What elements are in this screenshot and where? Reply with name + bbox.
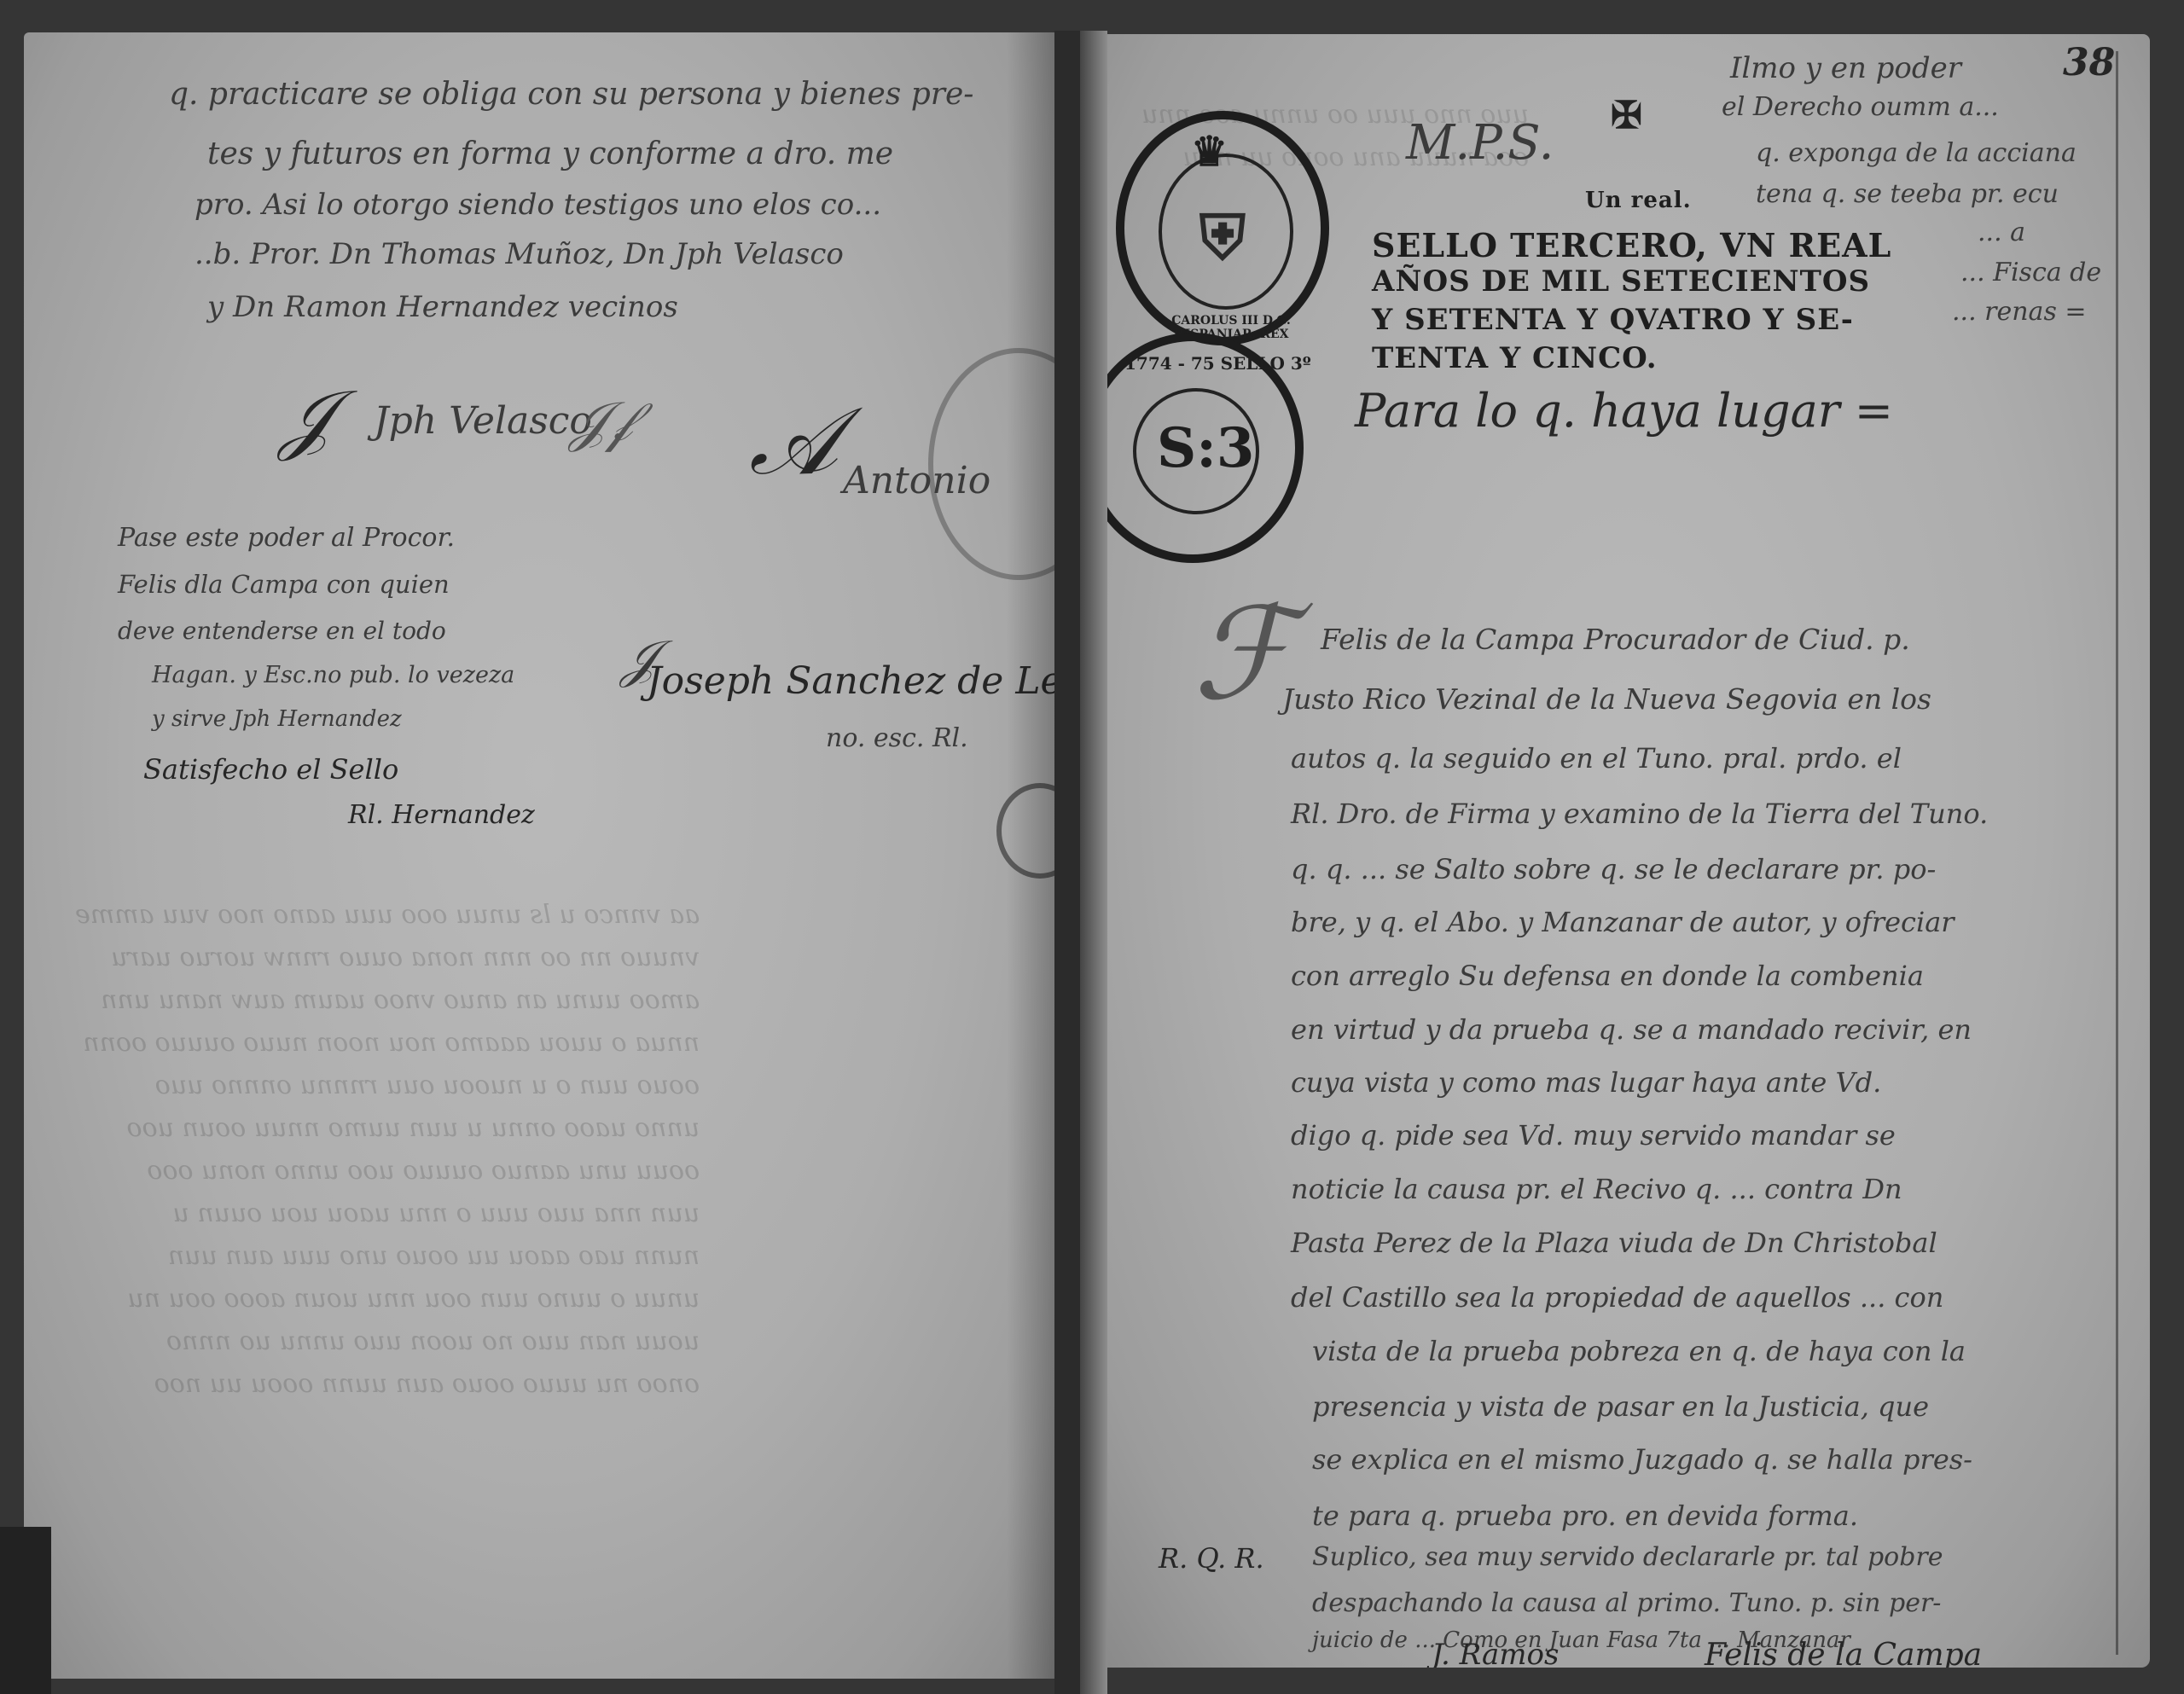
spine-shadow: [1007, 32, 1054, 1679]
stamp-line-1: SELLO TERCERO, VN REAL: [1372, 226, 1891, 264]
body-line-15: presencia y vista de pasar en la Justici…: [1312, 1390, 1929, 1423]
body-line-6: bre, y q. el Abo. y Manzanar de autor, y…: [1291, 906, 1955, 938]
top-note-line-6: ... Fisca de: [1960, 258, 2101, 287]
signature-rubric: 𝒥𝒻: [570, 391, 632, 454]
body-line-10: digo q. pide sea Vd. muy servido mandar …: [1291, 1119, 1896, 1152]
book-gutter: [1054, 31, 1080, 1694]
stamp-line-3: Y SETENTA Y QVATRO Y SE-: [1372, 303, 1854, 337]
margin-note-line-3: deve entenderse en el todo: [118, 617, 446, 645]
royal-seal: ♛ ⛨ CAROLUS III D.G. HISPANIAR. REX: [1116, 111, 1329, 345]
body-line-17: te para q. prueba pro. en devida forma.: [1312, 1500, 1858, 1532]
signature-antonio: Antonio: [843, 459, 990, 502]
binding-edge: [0, 1527, 51, 1694]
body-line-4: Rl. Dro. de Firma y examino de la Tierra…: [1291, 798, 1988, 830]
margin-note-line-7: Rl. Hernandez: [348, 800, 535, 830]
notary-note: no. esc. Rl.: [826, 723, 968, 753]
signature-velasco: Jph Velasco: [374, 399, 592, 443]
closing-abbr: R. Q. R.: [1159, 1542, 1264, 1575]
bleed-through-text: aa vnnco u ls unuu ooo uuu aano noo vuu …: [75, 894, 700, 1406]
signature-ramos: J. Ramos: [1432, 1638, 1559, 1668]
body-line-11: noticie la causa pr. el Recivo q. ... co…: [1291, 1173, 1902, 1205]
stamp-line-4: TENTA Y CINCO.: [1372, 341, 1658, 375]
left-page: aa vnnco u ls unuu ooo uuu aano noo vuu …: [24, 32, 1058, 1679]
body-line-1: Felis de la Campa Procurador de Ciud. p.: [1321, 623, 1910, 656]
body-line-16: se explica en el mismo Juzgado q. se hal…: [1312, 1443, 1972, 1476]
body-line-13: del Castillo sea la propiedad de aquello…: [1291, 1281, 1943, 1314]
fee-seal-legend: 1774 - 75 SELLO 3º: [1124, 353, 1311, 374]
body-line-8: en virtud y da prueba q. se a mandado re…: [1291, 1013, 1972, 1046]
fee-seal: S:3 1774 - 75 SELLO 3º: [1107, 333, 1304, 563]
stamp-value-label: Un real.: [1585, 188, 1692, 213]
top-note-line-4: tena q. se teeba pr. ecu: [1756, 179, 2059, 209]
body-line-9: cuya vista y como mas lugar haya ante Vd…: [1291, 1066, 1881, 1099]
top-note-line-1: Ilmo y en poder: [1730, 51, 1961, 85]
body-line-12: Pasta Perez de la Plaza viuda de Dn Chri…: [1291, 1227, 1937, 1259]
top-note-line-2: el Derecho oumm a...: [1722, 92, 1999, 122]
coat-of-arms-icon: ⛨: [1199, 200, 1246, 275]
body-line-2: Justo Rico Vezinal de la Nueva Segovia e…: [1282, 682, 1931, 716]
margin-note-line-2: Felis dla Campa con quien: [118, 570, 450, 599]
stamp-line-2: AÑOS DE MIL SETECIENTOS: [1372, 264, 1870, 299]
folio-number: 38: [2063, 41, 2115, 84]
margin-note-line-4: Hagan. y Esc.no pub. lo vezeza: [152, 662, 514, 688]
body-line-1: q. practicare se obliga con su persona y…: [169, 77, 973, 112]
margin-note-line-1: Pase este poder al Procor.: [118, 523, 455, 553]
page-edge: [2116, 51, 2118, 1655]
body-line-4: ..b. Pror. Dn Thomas Muñoz, Dn Jph Velas…: [195, 237, 844, 271]
closing-line-1: Suplico, sea muy servido declararle pr. …: [1312, 1542, 1943, 1572]
crown-icon: ♛: [1191, 128, 1228, 176]
gutter-shadow: [1080, 31, 1107, 1694]
header-line: Para lo q. haya lugar =: [1355, 384, 1893, 438]
signature-flourish-j: 𝒥: [280, 374, 333, 464]
body-line-2: tes y futuros en forma y conforme a dro.…: [207, 136, 893, 171]
fee-seal-center: S:3: [1157, 416, 1254, 480]
heading-mps: M.P.S.: [1406, 115, 1554, 171]
signature-joseph-sanchez: Joseph Sanchez de Leon: [647, 659, 1058, 703]
body-line-5: q. q. ... se Salto sobre q. se le declar…: [1291, 853, 1936, 885]
signature-campa: Felis de la Campa: [1705, 1638, 1982, 1668]
margin-note-line-6: Satisfecho el Sello: [143, 753, 398, 786]
body-line-3: pro. Asi lo otorgo siendo testigos uno e…: [195, 188, 881, 222]
body-line-5: y Dn Ramon Hernandez vecinos: [207, 290, 678, 324]
top-note-line-3: q. exponga de la acciana: [1756, 138, 2077, 168]
body-line-7: con arreglo Su defensa en donde la combe…: [1291, 960, 1924, 992]
initial-flourish: ℱ: [1193, 580, 1293, 728]
closing-line-2: despachando la causa al primo. Tuno. p. …: [1312, 1588, 1941, 1618]
top-note-line-7: ... renas =: [1952, 297, 2087, 327]
cross-icon: ✠: [1611, 94, 1642, 137]
margin-note-line-5: y sirve Jph Hernandez: [152, 706, 402, 732]
signature-flourish-a: 𝒜: [749, 386, 838, 497]
body-line-14: vista de la prueba pobreza en q. de haya…: [1312, 1335, 1966, 1367]
right-page: uuo nno uuu oo unnu aoo nnu ooa nuuu anu…: [1107, 34, 2150, 1668]
top-note-line-5: ... a: [1978, 218, 2025, 247]
body-line-3: autos q. la seguido en el Tuno. pral. pr…: [1291, 742, 1902, 774]
